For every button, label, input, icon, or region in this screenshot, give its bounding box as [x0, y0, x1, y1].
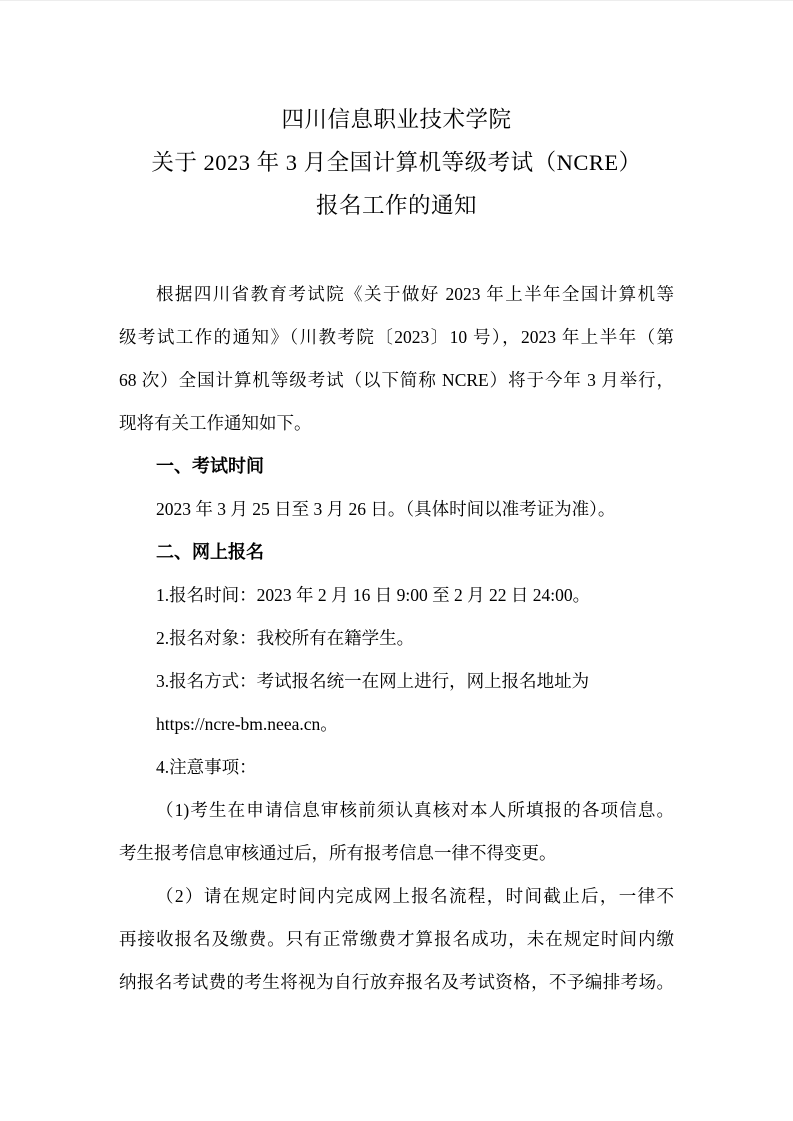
- document-body: 根据四川省教育考试院《关于做好 2023 年上半年全国计算机等级考试工作的通知》…: [119, 273, 674, 1004]
- note1-line1: （1)考生在申请信息审核前须认真核对本人所填报的各项信息。: [119, 789, 674, 832]
- para1-line2: 级考试工作的通知》（川教考院〔2023〕10 号），2023 年上半年（第: [119, 316, 674, 359]
- title-line-2: 关于 2023 年 3 月全国计算机等级考试（NCRE）: [119, 141, 674, 184]
- title-line-1: 四川信息职业技术学院: [119, 98, 674, 141]
- note2-line2: 再接收报名及缴费。只有正常缴费才算报名成功，未在规定时间内缴: [119, 918, 674, 961]
- document-page-background: { "colors": { "page_background": "#fffff…: [0, 0, 793, 1121]
- item3-registration-method: 3.报名方式：考试报名统一在网上进行，网上报名地址为: [119, 660, 674, 703]
- section-1-heading: 一、考试时间: [119, 445, 674, 488]
- document-title: 四川信息职业技术学院 关于 2023 年 3 月全国计算机等级考试（NCRE） …: [119, 98, 674, 227]
- item2-registration-target: 2.报名对象：我校所有在籍学生。: [119, 617, 674, 660]
- para1-line1: 根据四川省教育考试院《关于做好 2023 年上半年全国计算机等: [119, 273, 674, 316]
- document-content: 四川信息职业技术学院 关于 2023 年 3 月全国计算机等级考试（NCRE） …: [119, 98, 674, 1004]
- note2-line1: （2）请在规定时间内完成网上报名流程，时间截止后，一律不: [119, 875, 674, 918]
- item4-notes-heading: 4.注意事项：: [119, 746, 674, 789]
- title-line-3: 报名工作的通知: [119, 184, 674, 227]
- para1-line4: 现将有关工作通知如下。: [119, 402, 674, 445]
- note2-line3: 纳报名考试费的考生将视为自行放弃报名及考试资格，不予编排考场。: [119, 961, 674, 1004]
- item1-registration-time: 1.报名时间：2023 年 2 月 16 日 9:00 至 2 月 22 日 2…: [119, 574, 674, 617]
- document-page: 四川信息职业技术学院 关于 2023 年 3 月全国计算机等级考试（NCRE） …: [0, 0, 793, 1121]
- note1-line2: 考生报考信息审核通过后，所有报考信息一律不得变更。: [119, 832, 674, 875]
- exam-date-line: 2023 年 3 月 25 日至 3 月 26 日。（具体时间以准考证为准）。: [119, 488, 674, 531]
- registration-url: https://ncre-bm.neea.cn。: [119, 703, 674, 746]
- section-2-heading: 二、网上报名: [119, 531, 674, 574]
- para1-line3: 68 次）全国计算机等级考试（以下简称 NCRE）将于今年 3 月举行，: [119, 359, 674, 402]
